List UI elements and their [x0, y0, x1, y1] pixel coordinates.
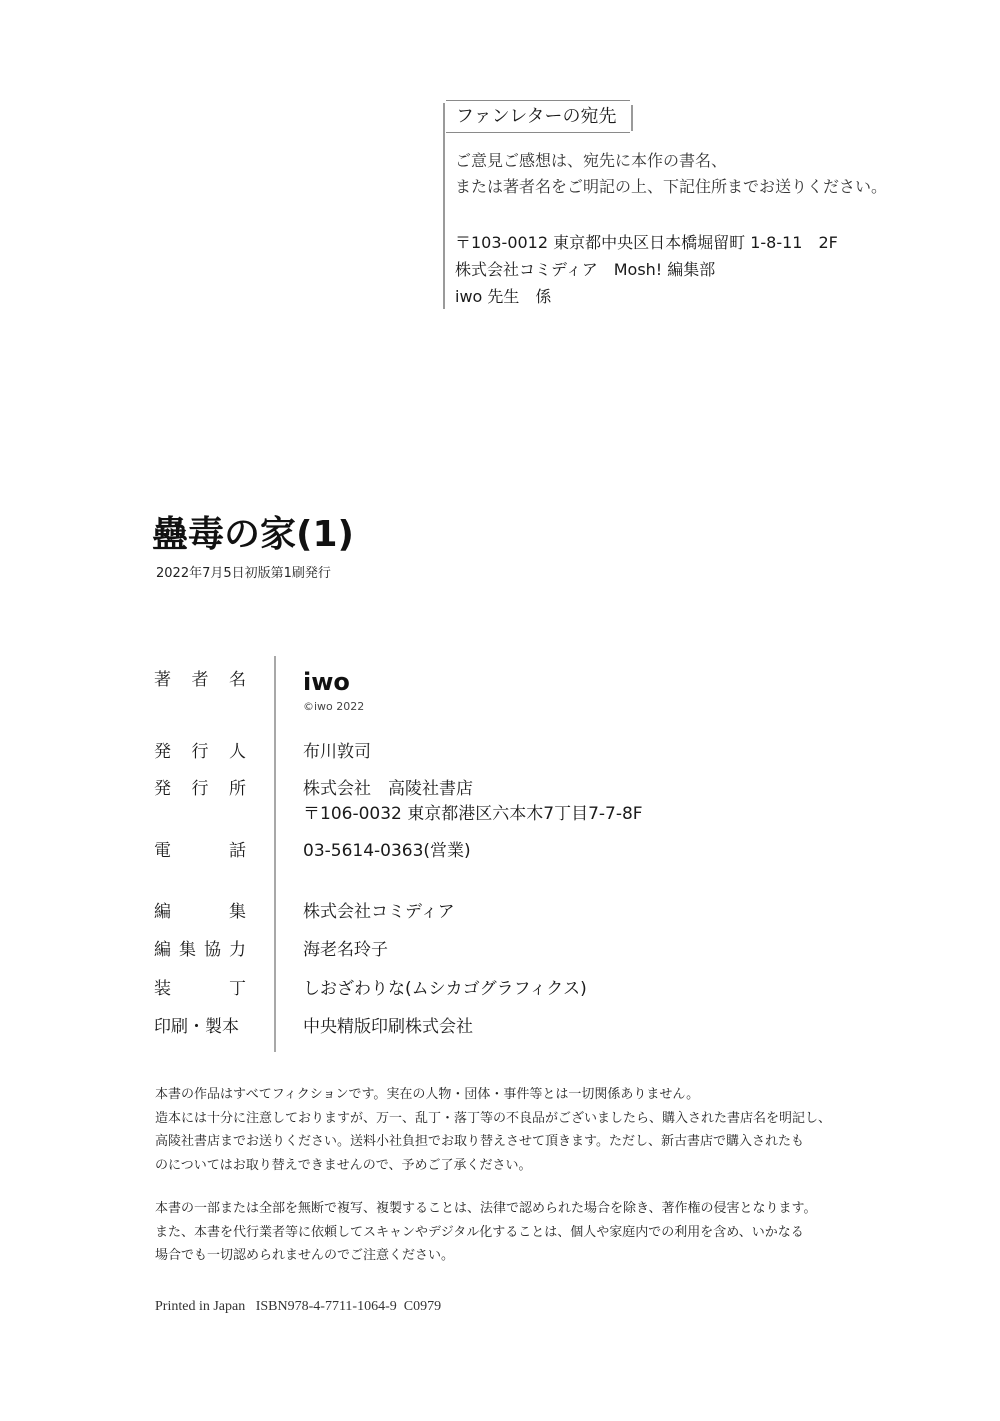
- book-title: 蠱毒の家(1): [152, 511, 354, 559]
- label-char: 印刷・製本: [154, 1015, 239, 1039]
- label-publisher: 発 行 所: [154, 777, 246, 801]
- notice-line: 造本には十分に注意しておりますが、万一、乱丁・落丁等の不良品がございましたら、購…: [155, 1107, 831, 1131]
- notice-line: また、本書を代行業者等に依頼してスキャンやデジタル化することは、個人や家庭内での…: [155, 1221, 816, 1245]
- label-char: 編: [154, 900, 171, 924]
- label-char: 人: [229, 740, 246, 764]
- printer: 中央精版印刷株式会社: [303, 1015, 473, 1039]
- label-char: 集: [179, 938, 196, 962]
- fan-letter-left-rule: [443, 103, 445, 309]
- label-char: 行: [192, 777, 209, 801]
- notice-line: 本書の一部または全部を無断で複写、複製することは、法律で認められた場合を除き、著…: [155, 1197, 816, 1221]
- classification-code: C0979: [404, 1299, 441, 1314]
- label-char: 丁: [229, 977, 246, 1001]
- label-char: 装: [154, 977, 171, 1001]
- phone-number: 03-5614-0363(営業): [303, 839, 471, 863]
- isbn: ISBN978-4-7711-1064-9: [256, 1299, 397, 1314]
- label-char: 著: [154, 668, 171, 692]
- fan-letter-message-line: ご意見ご感想は、宛先に本作の書名、: [455, 148, 887, 174]
- publisher-address: 〒106-0032 東京都港区六本木7丁目7-7-8F: [303, 802, 643, 826]
- label-publisher-person: 発 行 人: [154, 740, 246, 764]
- label-editing: 編 集: [154, 900, 246, 924]
- copyright: ©iwo 2022: [303, 699, 364, 715]
- publication-date: 2022年7月5日初版第1刷発行: [156, 565, 331, 583]
- copyright-notice: 本書の一部または全部を無断で複写、複製することは、法律で認められた場合を除き、著…: [155, 1197, 816, 1268]
- label-author: 著 者 名: [154, 668, 246, 692]
- label-design: 装 丁: [154, 977, 246, 1001]
- label-char: 行: [192, 740, 209, 764]
- label-phone: 電 話: [154, 839, 246, 863]
- printing-info: Printed in Japan ISBN978-4-7711-1064-9 C…: [155, 1297, 441, 1317]
- editing-cooperation: 海老名玲子: [303, 938, 388, 962]
- fan-letter-heading: ファンレターの宛先: [456, 104, 616, 130]
- label-char: 集: [229, 900, 246, 924]
- notice-line: 場合でも一切認められませんのでご注意ください。: [155, 1244, 816, 1268]
- fan-letter-address-line: 株式会社コミディア Mosh! 編集部: [455, 256, 838, 283]
- fan-letter-address-line: iwo 先生 係: [455, 283, 838, 310]
- label-char: 発: [154, 777, 171, 801]
- label-char: 編: [154, 938, 171, 962]
- fan-letter-address: 〒103-0012 東京都中央区日本橋堀留町 1-8-11 2F 株式会社コミデ…: [455, 229, 838, 310]
- fan-letter-message: ご意見ご感想は、宛先に本作の書名、 または著者名をご明記の上、下記住所までお送り…: [455, 148, 887, 200]
- printed-in: Printed in Japan: [155, 1299, 245, 1314]
- author-name: iwo: [303, 668, 350, 696]
- fan-letter-message-line: または著者名をご明記の上、下記住所までお送りください。: [455, 174, 887, 200]
- designer: しおざわりな(ムシカゴグラフィクス): [303, 977, 587, 1001]
- label-char: 協: [204, 938, 221, 962]
- label-char: 発: [154, 740, 171, 764]
- notice-line: のについてはお取り替えできませんので、予めご了承ください。: [155, 1154, 831, 1178]
- fan-letter-address-line: 〒103-0012 東京都中央区日本橋堀留町 1-8-11 2F: [455, 229, 838, 256]
- label-printing: 印刷・製本: [154, 1015, 246, 1039]
- notice-line: 高陵社書店までお送りください。送料小社負担でお取り替えさせて頂きます。ただし、新…: [155, 1130, 831, 1154]
- label-char: 電: [154, 839, 171, 863]
- label-char: 力: [229, 938, 246, 962]
- label-char: 者: [192, 668, 209, 692]
- label-char: 話: [229, 839, 246, 863]
- notice-line: 本書の作品はすべてフィクションです。実在の人物・団体・事件等とは一切関係ありませ…: [155, 1083, 831, 1107]
- label-char: 所: [229, 777, 246, 801]
- label-editing-cooperation: 編 集 協 力: [154, 938, 246, 962]
- label-char: 名: [229, 668, 246, 692]
- editor: 株式会社コミディア: [303, 900, 455, 924]
- fan-letter-heading-right-rule: [631, 105, 633, 131]
- colophon-divider: [274, 656, 276, 1052]
- fan-letter-heading-bottom-rule: [446, 132, 630, 133]
- fiction-notice: 本書の作品はすべてフィクションです。実在の人物・団体・事件等とは一切関係ありませ…: [155, 1083, 831, 1177]
- fan-letter-top-rule: [446, 100, 630, 101]
- publisher-person: 布川敦司: [303, 740, 371, 764]
- publisher-name: 株式会社 高陵社書店: [303, 777, 473, 801]
